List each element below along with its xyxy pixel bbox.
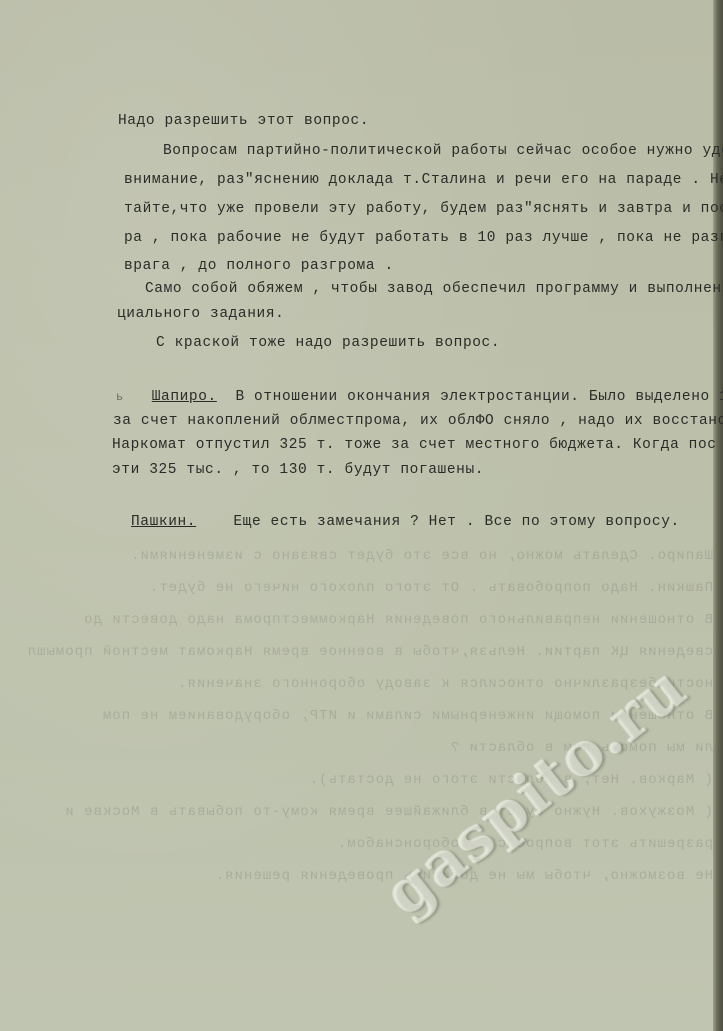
bleed-line: В отношении неправильного поведения Нарк…: [0, 604, 713, 636]
text-line: за счет накоплений облместпрома, их облФ…: [113, 413, 723, 429]
text-line: циального задания.: [117, 306, 284, 322]
text-line: врага , до полного разгрома .: [124, 258, 394, 274]
bleed-line: Пашкин. Надо попробовать . От этого плох…: [0, 572, 713, 604]
bleed-line: Шапиро. Сделать можно, но все это будет …: [0, 540, 713, 572]
speaker-name: Пашкин.: [131, 514, 196, 530]
text-line: ра , пока рабочие не будут работать в 10…: [124, 230, 723, 246]
bleed-line: Не возможно, чтобы мы не добились провед…: [0, 860, 713, 892]
text-line: Надо разрешить этот вопрос.: [118, 113, 369, 129]
bleed-line: разрешить этот вопрос с Гособоронснабом.: [0, 828, 713, 860]
speech-text: В отношении окончания электростанции. Бы…: [235, 389, 723, 405]
text-line: Само собой обяжем , чтобы завод обеспечи…: [145, 281, 723, 297]
speaker-paragraph-shapiro: ь Шапиро. В отношении окончания электрос…: [116, 389, 723, 405]
text-line: Наркомат отпустил 325 т. тоже за счет ме…: [112, 437, 717, 453]
bleed-line: ( Мозжухов. Нужно будет в ближайшее врем…: [0, 796, 713, 828]
speaker-name: Шапиро.: [152, 389, 217, 405]
text-line: Вопросам партийно-политической работы се…: [163, 143, 723, 159]
text-line: внимание, раз"яснению доклада т.Сталина …: [124, 172, 723, 188]
speech-text: Еще есть замечания ? Нет . Все по этому …: [233, 514, 679, 530]
text-line: С краской тоже надо разрешить вопрос.: [156, 335, 500, 351]
bleed-line: сведения ЦК партии. Нельзя,чтобы в военн…: [0, 636, 713, 668]
speaker-paragraph-pashkin: Пашкин. Еще есть замечания ? Нет . Все п…: [131, 514, 680, 530]
margin-mark: ь: [116, 390, 124, 404]
text-line: эти 325 тыс. , то 130 т. будут погашены.: [112, 462, 484, 478]
text-line: тайте,что уже провели эту работу, будем …: [124, 201, 723, 217]
